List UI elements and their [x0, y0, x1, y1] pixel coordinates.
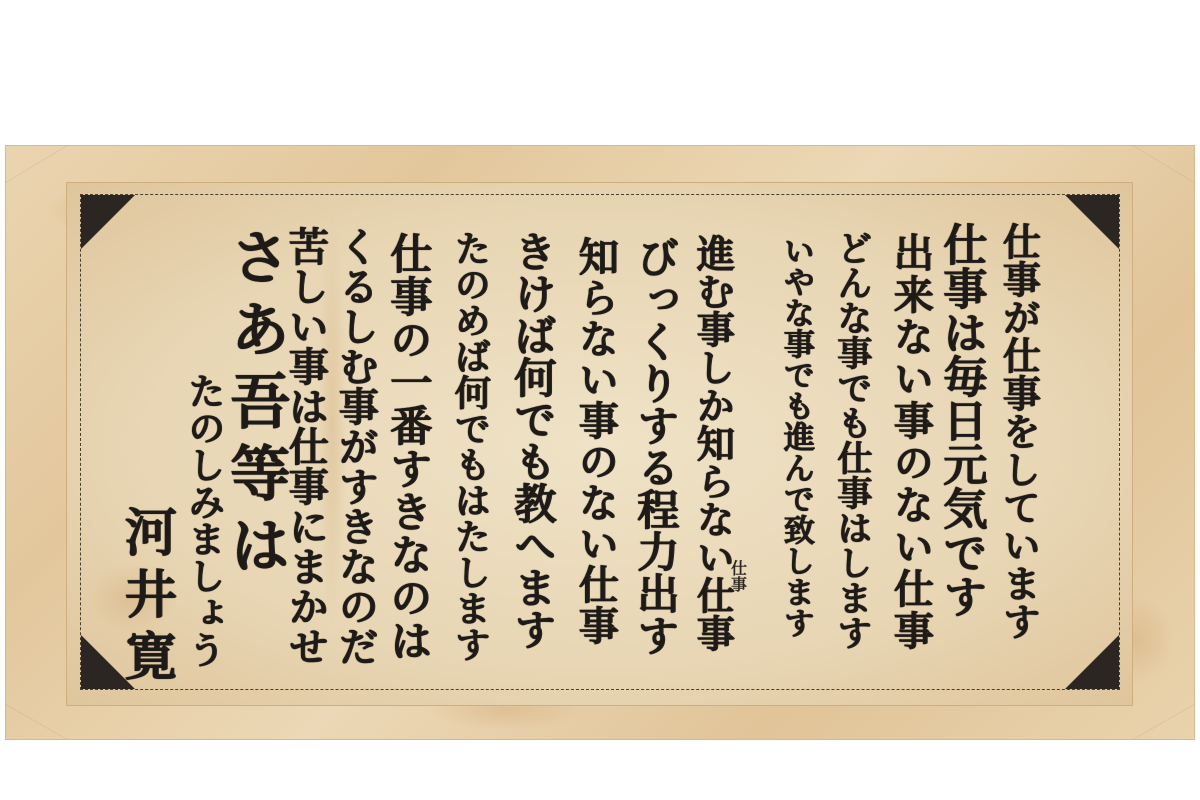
calligraphy-column: くるしむ事がすきなのだ	[335, 226, 375, 666]
calligraphy-column: 進む事しか知らない仕事	[693, 234, 731, 652]
calligraphy-column: たのめば何でもはたします	[452, 230, 488, 662]
calligraphy-column: 知らない事のない仕事	[575, 236, 615, 646]
calligraphy-column: 仕事は毎日元気です	[938, 222, 982, 618]
calligraphy-column: いやな事でも進んで致します	[780, 235, 811, 638]
calligraphy-column: たのしみましょう	[185, 372, 222, 668]
calligraphy-column: 苦しい事は仕事にまかせ	[285, 226, 325, 666]
calligraphy-column: どんな事でも仕事はします	[835, 230, 870, 650]
calligraphy-column: きけば何でも教へます	[511, 230, 553, 650]
calligraphy-column: さあ吾等は	[225, 226, 285, 586]
calligraphy-column: 仕事の一番すきなのは	[387, 232, 429, 662]
side-annotation: 仕事	[727, 560, 750, 592]
calligraphy-column: 出来ない事のない仕事	[890, 232, 930, 652]
artist-signature: 河井寛	[119, 505, 171, 691]
calligraphy-column: びっくりする程力出す	[634, 236, 676, 656]
calligraphy-column: 仕事が仕事をしています	[999, 222, 1037, 640]
